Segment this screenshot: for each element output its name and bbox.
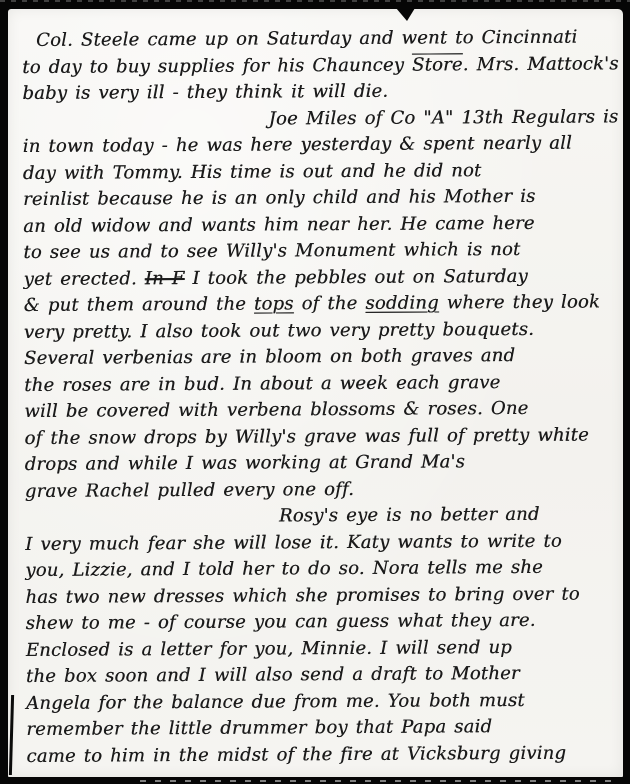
scanned-letter-page: Col. Steele came up on Saturday and went… — [0, 0, 630, 784]
letter-line: Col. Steele came up on Saturday and went… — [36, 24, 621, 54]
letter-line: to see us and to see Willy's Monument wh… — [23, 236, 622, 266]
letter-line: remember the little drummer boy that Pap… — [26, 713, 625, 743]
letter-line: day with Tommy. His time is out and he d… — [23, 157, 622, 187]
letter-line: Rosy's eye is no better and — [279, 501, 624, 530]
letter-line: grave Rachel pulled every one off. — [25, 475, 624, 505]
letter-line: yet erected. In F I took the pebbles out… — [23, 263, 622, 293]
letter-text-block: Col. Steele came up on Saturday and went… — [22, 24, 626, 770]
letter-line: of the snow drops by Willy's grave was f… — [24, 422, 623, 452]
letter-line: I very much fear she will lose it. Katy … — [25, 528, 624, 558]
letter-line: Joe Miles of Co "A" 13th Regulars is — [268, 104, 621, 133]
letter-line: Angela for the balance due from me. You … — [26, 687, 625, 717]
letter-line: has two new dresses which she promises t… — [25, 581, 624, 611]
letter-line: an old widow and wants him near her. He … — [23, 210, 622, 240]
letter-line: & put them around the tops of the soddin… — [24, 289, 623, 319]
letter-line: baby is very ill - they think it will di… — [22, 77, 621, 107]
letter-line: will be covered with verbena blossoms & … — [24, 395, 623, 425]
scanner-top-edge-artifact — [0, 0, 630, 2]
letter-line: Several verbenias are in bloom on both g… — [24, 342, 623, 372]
letter-line: drops and while I was working at Grand M… — [25, 448, 624, 478]
letter-line: came to him in the midst of the fire at … — [26, 740, 625, 770]
letter-line: reinlist because he is an only child and… — [23, 183, 622, 213]
letter-line: to day to buy supplies for his Chauncey … — [22, 51, 621, 81]
letter-line: Enclosed is a letter for you, Minnie. I … — [26, 634, 625, 664]
letter-line: shew to me - of course you can guess wha… — [26, 607, 625, 637]
letter-line: you, Lizzie, and I told her to do so. No… — [25, 554, 624, 584]
letter-line: very pretty. I also took out two very pr… — [24, 316, 623, 346]
letter-line: the box soon and I will also send a draf… — [26, 660, 625, 690]
scanner-bottom-edge-artifact — [140, 780, 618, 782]
letter-line: the roses are in bud. In about a week ea… — [24, 369, 623, 399]
letter-line: in town today - he was here yesterday & … — [23, 130, 622, 160]
letter-paper: Col. Steele came up on Saturday and went… — [8, 9, 623, 777]
